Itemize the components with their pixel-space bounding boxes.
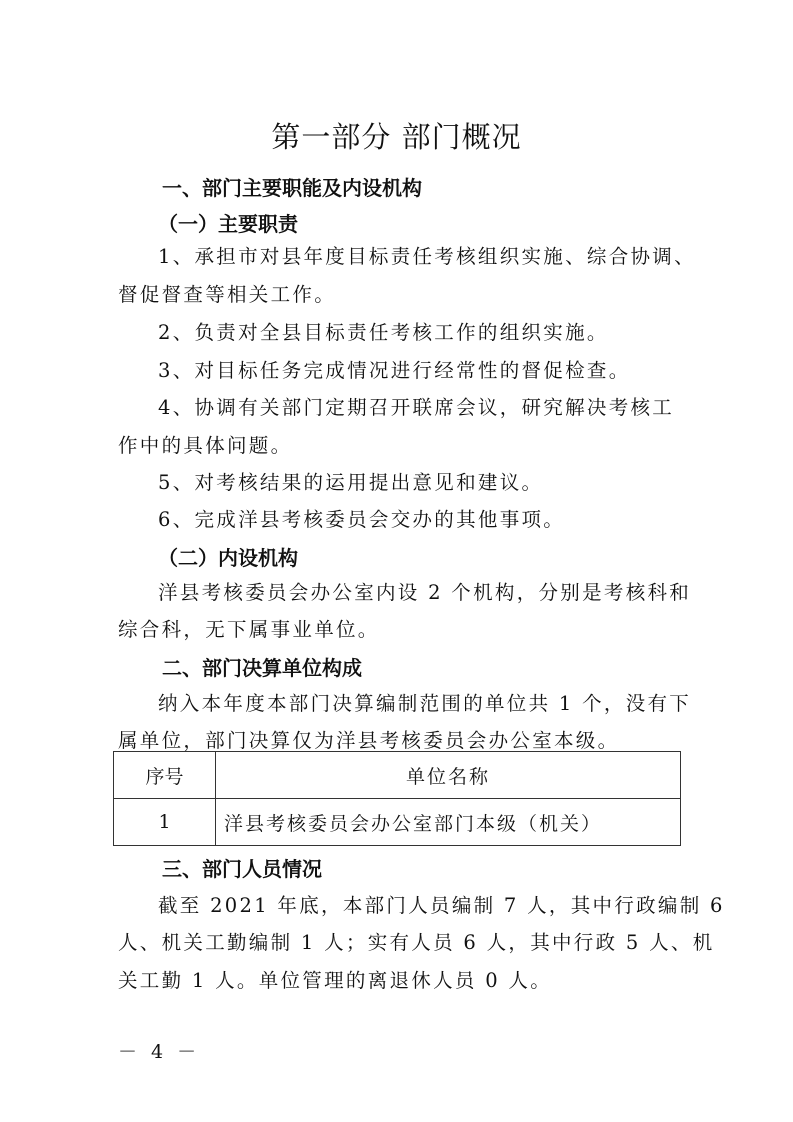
subsection-internal-structure-heading: （二）内设机构 (158, 542, 298, 571)
internal-structure-line-1: 洋县考核委员会办公室内设 2 个机构，分别是考核科和 (158, 577, 691, 605)
cell-unit-name: 洋县考核委员会办公室部门本级（机关） (216, 799, 681, 846)
section-3-heading: 三、部门人员情况 (162, 853, 322, 882)
section-3-line-2: 人、机关工勤编制 1 人；实有人员 6 人，其中行政 5 人、机 (118, 927, 715, 955)
table-row: 1 洋县考核委员会办公室部门本级（机关） (114, 799, 681, 846)
page-title: 第一部分 部门概况 (0, 115, 793, 156)
subsection-main-duties-heading: （一）主要职责 (158, 208, 298, 237)
budget-units-table: 序号 单位名称 1 洋县考核委员会办公室部门本级（机关） (113, 751, 681, 846)
duty-1-line-2: 督促督查等相关工作。 (118, 279, 336, 307)
duty-6: 6、完成洋县考核委员会交办的其他事项。 (158, 504, 565, 532)
header-serial-number: 序号 (114, 752, 216, 799)
table-header-row: 序号 单位名称 (114, 752, 681, 799)
duty-2: 2、负责对全县目标责任考核工作的组织实施。 (158, 317, 609, 345)
section-2-heading: 二、部门决算单位构成 (162, 652, 362, 681)
section-3-line-1: 截至 2021 年底，本部门人员编制 7 人，其中行政编制 6 (158, 890, 725, 918)
page-number: － 4 － (118, 1037, 200, 1064)
header-unit-name: 单位名称 (216, 752, 681, 799)
duty-1-line-1: 1、承担市对县年度目标责任考核组织实施、综合协调、 (158, 241, 696, 269)
duty-4-line-2: 作中的具体问题。 (118, 430, 292, 458)
internal-structure-line-2: 综合科，无下属事业单位。 (118, 614, 380, 642)
section-2-line-2: 属单位，部门决算仅为洋县考核委员会办公室本级。 (118, 725, 619, 753)
section-2-line-1: 纳入本年度本部门决算编制范围的单位共 1 个，没有下 (158, 688, 691, 716)
section-3-line-3: 关工勤 1 人。单位管理的离退休人员 0 人。 (118, 965, 552, 993)
section-1-heading: 一、部门主要职能及内设机构 (162, 172, 422, 201)
duty-5: 5、对考核结果的运用提出意见和建议。 (158, 467, 543, 495)
cell-serial-number: 1 (114, 799, 216, 846)
duty-3: 3、对目标任务完成情况进行经常性的督促检查。 (158, 355, 631, 383)
duty-4-line-1: 4、协调有关部门定期召开联席会议，研究解决考核工 (158, 392, 674, 420)
